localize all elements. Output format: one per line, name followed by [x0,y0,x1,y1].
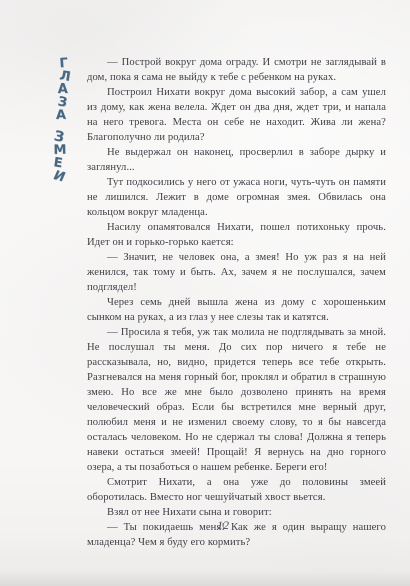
paragraph: — Значит, не человек она, а змея! Но уж … [87,250,386,295]
story-text: — Построй вокруг дома ограду. И смотри н… [87,55,386,550]
title-letter: А [56,109,66,122]
paragraph: — Построй вокруг дома ограду. И смотри н… [87,55,386,85]
paragraph: Насилу опамятовался Нихати, пошел потихо… [87,220,386,250]
story-title-vertical: Г Л А З А З М Е И [43,56,78,184]
paragraph: Построил Нихати вокруг дома высокий забо… [87,85,386,145]
paragraph: Смотрит Нихати, а она уже до половины зм… [87,475,386,505]
paragraph: Тут подкосились у него от ужаса ноги, чу… [87,175,386,220]
page-bottom-shadow [0,572,410,586]
book-page: Г Л А З А З М Е И — Построй вокруг дома … [0,0,410,586]
title-letter: И [51,169,67,184]
paragraph: Через семь дней вышла жена из дому с хор… [87,295,386,325]
paragraph: Не выдержал он наконец, просверлил в заб… [87,145,386,175]
page-number: 12 [87,518,359,533]
paragraph: — Просила я тебя, уж так молила не подгл… [87,325,386,475]
